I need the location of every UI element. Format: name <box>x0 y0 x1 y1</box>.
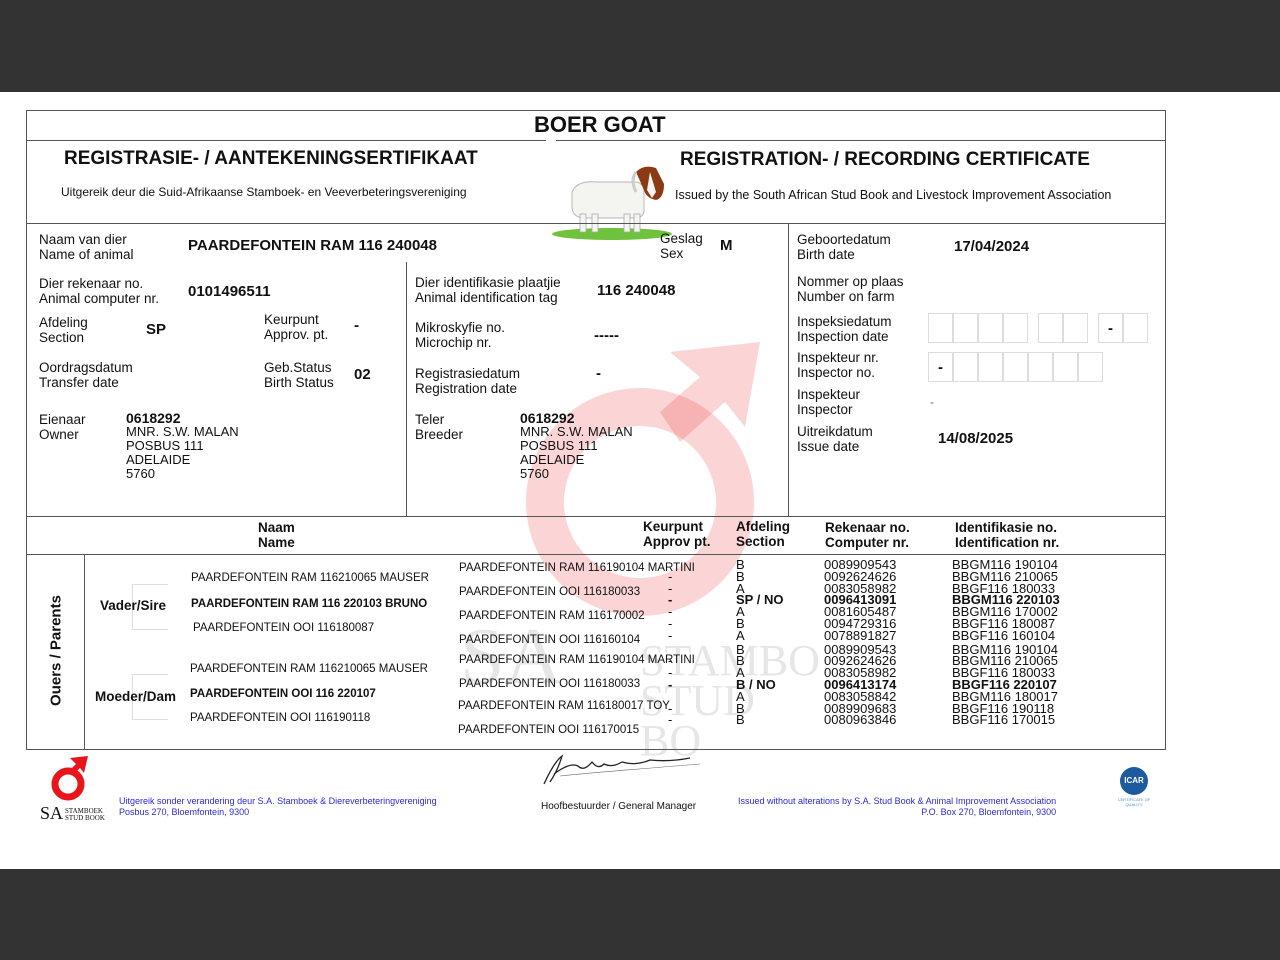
sire-dam: PAARDEFONTEIN OOI 116180087 <box>193 622 374 634</box>
dam-dam: PAARDEFONTEIN OOI 116190118 <box>190 712 370 724</box>
breeder-label: TelerBreeder <box>415 412 463 442</box>
row-computer-nr: 0078891827 <box>824 630 896 642</box>
tag-value: 116 240048 <box>597 282 675 299</box>
boer-goat-illustration-icon <box>552 162 682 242</box>
sire-gsire-dam: PAARDEFONTEIN OOI 116180033 <box>459 586 640 598</box>
sire-name: PAARDEFONTEIN RAM 116 220103 BRUNO <box>191 598 427 610</box>
approv-value: - <box>354 317 359 334</box>
row-identification-nr: BBGF116 170015 <box>952 714 1055 726</box>
birth-date-value: 17/04/2024 <box>954 238 1029 255</box>
dam-gdam-dam: PAARDEFONTEIN OOI 116170015 <box>458 724 639 736</box>
inspector-value: - <box>930 395 934 409</box>
sex-value: M <box>720 237 733 254</box>
birth-date-label: GeboortedatumBirth date <box>797 232 891 262</box>
inspection-date-box <box>928 313 953 343</box>
inspection-date-box: - <box>1098 313 1123 343</box>
approv-label: KeurpuntApprov. pt. <box>264 312 328 342</box>
inspection-date-box <box>953 313 978 343</box>
inspector-label: InspekteurInspector <box>797 387 860 417</box>
inspection-date-box <box>978 313 1003 343</box>
inspection-date-label: InspeksiedatumInspection date <box>797 314 892 344</box>
row-approv: - <box>668 679 672 691</box>
inspector-nr-box: - <box>928 352 953 382</box>
section-label: AfdelingSection <box>39 315 88 345</box>
row-approv: - <box>668 630 672 642</box>
owner-label: EienaarOwner <box>39 412 86 442</box>
sire-gdam-dam: PAARDEFONTEIN OOI 116160104 <box>459 634 640 646</box>
signature-title: Hoofbestuurder / General Manager <box>541 801 696 812</box>
row-approv: - <box>668 714 672 726</box>
stud-book-logo-text: SA STAMBOEKSTUD BOOK <box>40 804 105 822</box>
row-computer-nr: 0080963846 <box>824 714 896 726</box>
tag-label: Dier identifikasie plaatjieAnimal identi… <box>415 275 561 305</box>
title-english: REGISTRATION- / RECORDING CERTIFICATE <box>680 149 1090 171</box>
animal-name: PAARDEFONTEIN RAM 116 240048 <box>188 237 437 254</box>
col-id-header: Identifikasie no.Identification nr. <box>955 520 1059 550</box>
parents-side-label: Ouers / Parents <box>48 591 65 711</box>
footer-left-text: Uitgereik sonder verandering deur S.A. S… <box>119 796 437 818</box>
inspection-date-box <box>1123 313 1148 343</box>
inspector-nr-box <box>1053 352 1078 382</box>
sire-label: Vader/Sire <box>100 598 166 613</box>
transfer-date-label: OordragsdatumTransfer date <box>39 360 133 390</box>
icar-badge: ICAR CERTIFICATE OF QUALITY <box>1116 767 1152 807</box>
icar-seal-icon: ICAR <box>1120 767 1148 795</box>
row-section: B <box>736 714 745 726</box>
owner-details: 0618292 MNR. S.W. MALAN POSBUS 111 ADELA… <box>126 411 239 481</box>
birth-status-value: 02 <box>354 366 371 383</box>
computer-nr-label: Dier rekenaar no.Animal computer nr. <box>39 276 159 306</box>
sire-sire: PAARDEFONTEIN RAM 116210065 MAUSER <box>191 572 429 584</box>
inspector-nr-box <box>1003 352 1028 382</box>
inspector-nr-label: Inspekteur nr.Inspector no. <box>797 350 879 380</box>
issue-date-value: 14/08/2025 <box>938 430 1013 447</box>
inspector-nr-boxes: - <box>928 352 1103 382</box>
microchip-label: Mikroskyfie no.Microchip nr. <box>415 320 505 350</box>
inspection-date-boxes: - <box>928 313 1148 343</box>
section-value: SP <box>146 321 166 338</box>
dam-sire: PAARDEFONTEIN RAM 116210065 MAUSER <box>190 663 428 675</box>
inspector-nr-box <box>1028 352 1053 382</box>
subtitle-afrikaans: Uitgereik deur die Suid-Afrikaanse Stamb… <box>61 185 467 199</box>
registration-date-value: - <box>596 365 601 382</box>
col-approv-header: KeurpuntApprov pt. <box>643 519 711 549</box>
inspector-nr-box <box>1078 352 1103 382</box>
row-section: A <box>736 630 745 642</box>
inspection-date-box <box>1038 313 1063 343</box>
signature-icon <box>540 752 710 788</box>
breed-title: BOER GOAT <box>534 112 666 138</box>
sex-label: GeslagSex <box>660 231 703 261</box>
inspector-nr-box <box>978 352 1003 382</box>
row-identification-nr: BBGF116 160104 <box>952 630 1055 642</box>
sire-gdam-sire: PAARDEFONTEIN RAM 116170002 <box>459 610 645 622</box>
dam-gsire-dam: PAARDEFONTEIN OOI 116180033 <box>459 678 640 690</box>
inspection-date-box <box>1063 313 1088 343</box>
registration-date-label: RegistrasiedatumRegistration date <box>415 366 520 396</box>
col-section-header: AfdelingSection <box>736 519 790 549</box>
inspector-nr-box <box>953 352 978 382</box>
certificate-sheet: SA STAMBO STUD BO BOER GOAT REGISTRASIE-… <box>0 92 1280 869</box>
dam-gdam-sire: PAARDEFONTEIN RAM 116180017 TOY <box>458 700 670 712</box>
col-computer-header: Rekenaar no.Computer nr. <box>825 520 910 550</box>
stud-book-logo-icon <box>48 756 92 806</box>
sire-gsire-sire: PAARDEFONTEIN RAM 116190104 MARTINI <box>459 562 695 574</box>
col-name-header: NaamName <box>258 520 295 550</box>
computer-nr: 0101496511 <box>188 283 271 300</box>
inspection-date-box <box>1003 313 1028 343</box>
dam-label: Moeder/Dam <box>95 689 176 704</box>
breeder-details: 0618292 MNR. S.W. MALAN POSBUS 111 ADELA… <box>520 411 633 481</box>
footer-right-text: Issued without alterations by S.A. Stud … <box>738 796 1056 818</box>
birth-status-label: Geb.StatusBirth Status <box>264 360 334 390</box>
subtitle-english: Issued by the South African Stud Book an… <box>675 188 1111 202</box>
issue-date-label: UitreikdatumIssue date <box>797 424 873 454</box>
animal-name-label: Naam van dierName of animal <box>39 232 134 262</box>
farm-number-label: Nommer op plaasNumber on farm <box>797 274 904 304</box>
microchip-value: ----- <box>594 327 619 344</box>
dam-gsire-sire: PAARDEFONTEIN RAM 116190104 MARTINI <box>459 654 695 666</box>
title-afrikaans: REGISTRASIE- / AANTEKENINGSERTIFIKAAT <box>64 148 478 170</box>
dam-name: PAARDEFONTEIN OOI 116 220107 <box>190 688 376 700</box>
